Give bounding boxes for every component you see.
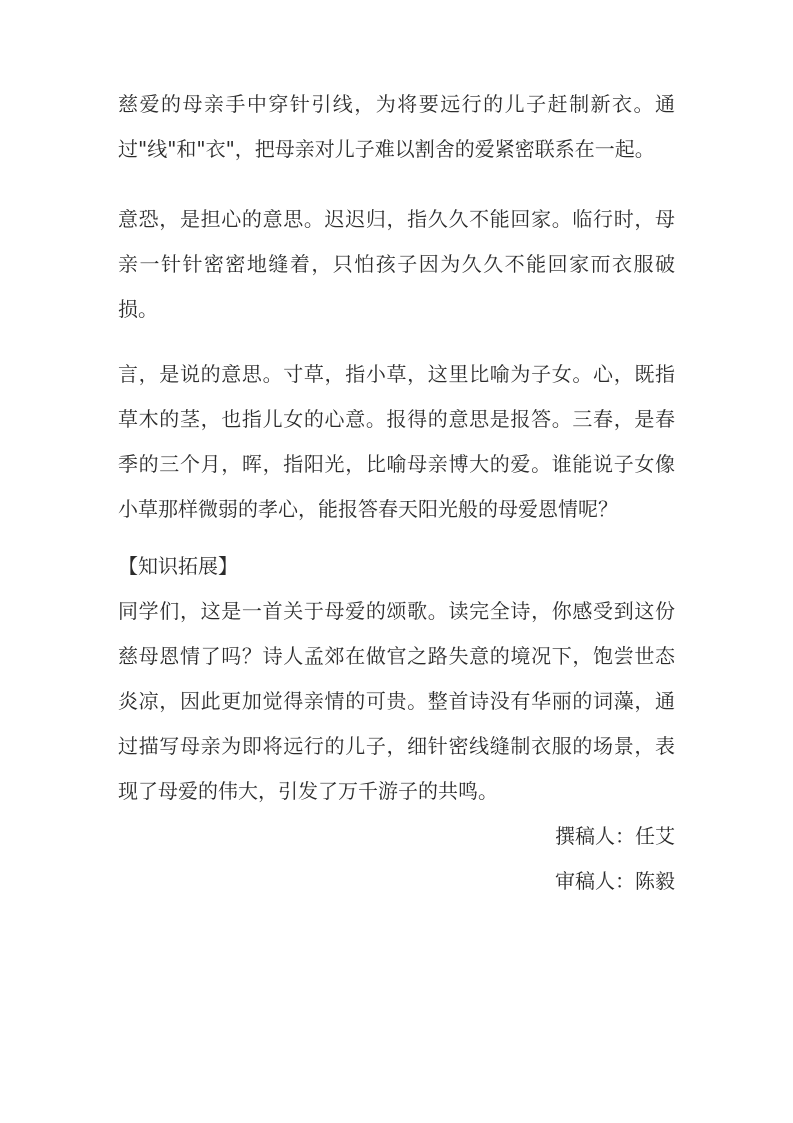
reviewer-signature-line: 审稿人：陈毅	[118, 859, 675, 904]
author-signature-line: 撰稿人：任艾	[118, 814, 675, 859]
document-page-content: 慈爱的母亲手中穿针引线，为将要远行的儿子赶制新衣。通过"线"和"衣"，把母亲对儿…	[118, 82, 675, 904]
paragraph-line-and-clothes-analysis: 慈爱的母亲手中穿针引线，为将要远行的儿子赶制新衣。通过"线"和"衣"，把母亲对儿…	[118, 82, 675, 172]
section-heading-knowledge-expansion: 【知识拓展】	[118, 544, 675, 589]
paragraph-cuncao-analysis: 言，是说的意思。寸草，指小草，这里比喻为子女。心，既指草木的茎，也指儿女的心意。…	[118, 352, 675, 532]
paragraph-yikong-analysis: 意恐，是担心的意思。迟迟归，指久久不能回家。临行时，母亲一针针密密地缝着，只怕孩…	[118, 197, 675, 332]
paragraph-knowledge-expansion-body: 同学们，这是一首关于母爱的颂歌。读完全诗，你感受到这份慈母恩情了吗？诗人孟郊在做…	[118, 589, 675, 814]
